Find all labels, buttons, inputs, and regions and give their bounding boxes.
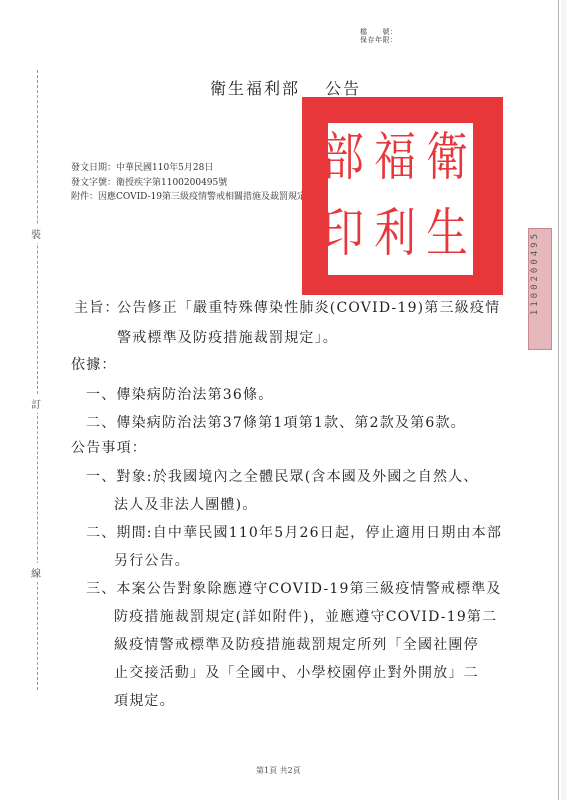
binding-mark-zhuang: 裝 (31, 224, 41, 243)
announcement-item-3-line-5: 項規定。 (114, 690, 175, 710)
page-edge (558, 0, 559, 800)
subject-label: 主旨： (74, 297, 120, 317)
announcement-item-3-line-4: 止交接活動」及「全國中、小學校園停止對外開放」二 (114, 662, 479, 682)
official-seal: 衛 福 部 生 利 印 (302, 97, 503, 295)
file-number-label: 檔 號： (360, 28, 398, 36)
binding-mark-ding: 訂 (31, 394, 41, 413)
announcement-item-3-line-3: 級疫情警戒標準及防疫措施裁罰規定所列「全國社團停 (114, 634, 479, 654)
seal-char: 利 (374, 199, 416, 275)
basis-label: 依據： (71, 354, 117, 374)
side-stamp-number: 1100200495 (530, 231, 540, 315)
seal-char: 印 (322, 199, 364, 275)
side-stamp: 1100200495 (528, 228, 552, 350)
basis-item-1: 一、傳染病防治法第36條。 (86, 384, 273, 404)
seal-glyphs: 衛 福 部 生 利 印 (328, 123, 473, 275)
page-title: 衛生福利部 公告 (210, 76, 361, 99)
announcement-item-3-line-1: 三、本案公告對象除應遵守COVID-19第三級疫情警戒標準及 (86, 578, 502, 598)
archive-info: 檔 號： 保存年限： (360, 28, 398, 44)
agency-name: 衛生福利部 (210, 79, 300, 98)
seal-char: 衛 (426, 123, 468, 199)
announcement-item-2-line-2: 另行公告。 (114, 550, 190, 570)
doc-number: 發文字號：衛授疾字第1100200495號 (71, 176, 330, 191)
page-indicator: 第1頁 共2頁 (256, 765, 301, 776)
doc-type: 公告 (325, 79, 361, 98)
seal-char: 生 (426, 199, 468, 275)
binding-mark-xian: 線 (31, 563, 41, 582)
basis-item-2: 二、傳染病防治法第37條第1項第1款、第2款及第6款。 (86, 412, 466, 432)
announcement-item-3-line-2: 防疫措施裁罰規定(詳如附件)，並應遵守COVID-19第二 (114, 606, 497, 626)
seal-char: 部 (322, 123, 364, 199)
issue-date: 發文日期：中華民國110年5月28日 (71, 161, 330, 176)
binding-line (37, 70, 38, 690)
seal-char: 福 (374, 123, 416, 199)
subject-line-2: 警戒標準及防疫措施裁罰規定」。 (117, 327, 338, 347)
announcement-item-1-line-1: 一、對象:於我國境內之全體民眾(含本國及外國之自然人、 (86, 466, 479, 486)
announcement-item-1-line-2: 法人及非法人團體)。 (114, 494, 257, 514)
attachment: 附件：因應COVID-19第三級疫情警戒相關措施及裁罰規定表1份 (71, 190, 330, 205)
page-edge-shadow (561, 0, 566, 800)
retention-label: 保存年限： (360, 36, 398, 44)
announcement-item-2-line-1: 二、期間:自中華民國110年5月26日起，停止適用日期由本部 (86, 522, 502, 542)
document-meta: 發文日期：中華民國110年5月28日 發文字號：衛授疾字第1100200495號… (71, 161, 330, 205)
subject-line-1: 公告修正「嚴重特殊傳染性肺炎(COVID-19)第三級疫情 (117, 297, 500, 317)
announcement-label: 公告事項： (71, 437, 147, 457)
